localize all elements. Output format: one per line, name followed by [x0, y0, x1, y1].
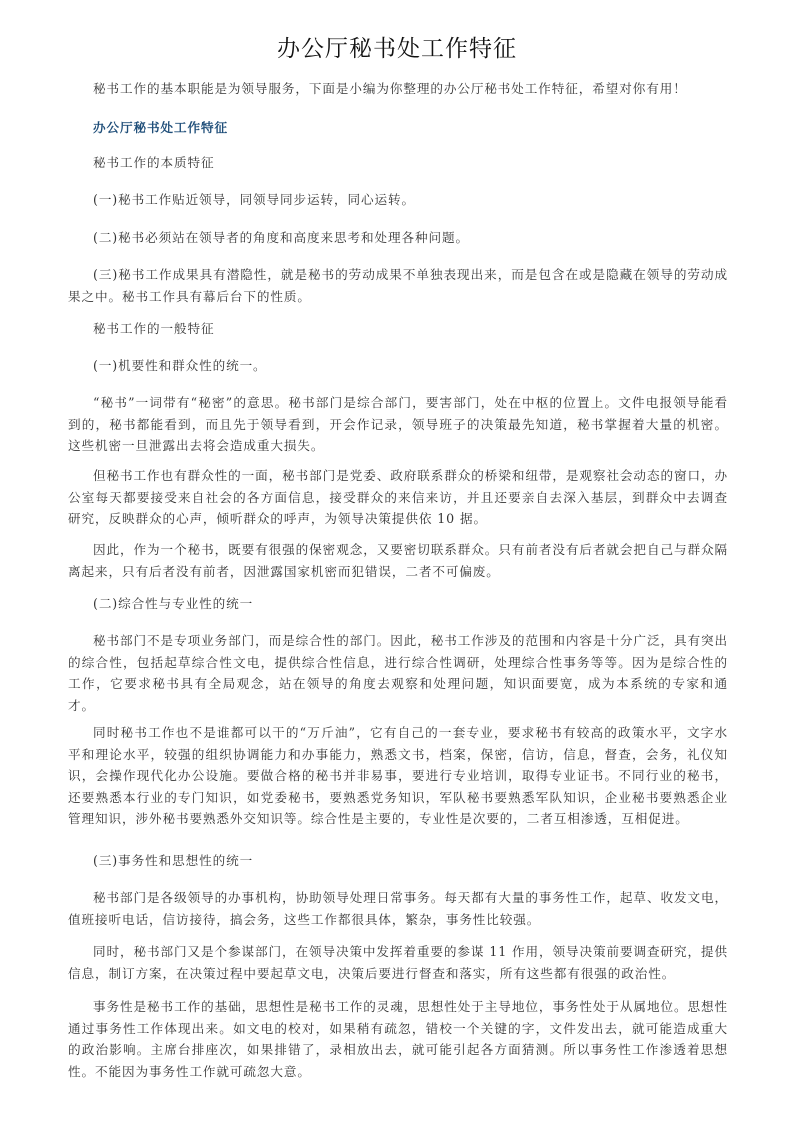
paragraph: “秘书”一词带有“秘密”的意思。秘书部门是综合部门，要害部门，处在中枢的位置上。… — [68, 392, 728, 457]
paragraph: (三)秘书工作成果具有潜隐性，就是秘书的劳动成果不单独表现出来，而是包含在或是隐… — [68, 264, 728, 307]
paragraph: (二)综合性与专业性的统一 — [68, 593, 728, 615]
paragraph: 因此，作为一个秘书，既要有很强的保密观念，又要密切联系群众。只有前者没有后者就会… — [68, 539, 728, 582]
paragraph: 事务性是秘书工作的基础，思想性是秘书工作的灵魂，思想性处于主导地位，事务性处于从… — [68, 996, 728, 1082]
heading-general-features: 秘书工作的一般特征 — [68, 318, 728, 340]
section-subtitle: 办公厅秘书处工作特征 — [68, 117, 728, 139]
paragraph: 同时秘书工作也不是谁都可以干的“万斤油”，它有自己的一套专业，要求秘书有较高的政… — [68, 722, 728, 830]
paragraph: (一)秘书工作贴近领导，同领导同步运转，同心运转。 — [68, 189, 728, 211]
paragraph: 同时，秘书部门又是个参谋部门，在领导决策中发挥着重要的参谋 11 作用，领导决策… — [68, 941, 728, 984]
paragraph: (三)事务性和思想性的统一 — [68, 850, 728, 872]
paragraph: 但秘书工作也有群众性的一面，秘书部门是党委、政府联系群众的桥梁和纽带，是观察社会… — [68, 465, 728, 530]
paragraph: 秘书部门不是专项业务部门，而是综合性的部门。因此，秘书工作涉及的范围和内容是十分… — [68, 630, 728, 716]
page-title: 办公厅秘书处工作特征 — [0, 30, 794, 63]
paragraph: (一)机要性和群众性的统一。 — [68, 355, 728, 377]
document-page: 办公厅秘书处工作特征 秘书工作的基本职能是为领导服务，下面是小编为你整理的办公厅… — [0, 0, 794, 1123]
paragraph: 秘书部门是各级领导的办事机构，协助领导处理日常事务。每天都有大量的事务性工作，起… — [68, 887, 728, 930]
paragraph: (二)秘书必须站在领导者的角度和高度来思考和处理各种问题。 — [68, 227, 728, 249]
heading-essential-features: 秘书工作的本质特征 — [68, 152, 728, 174]
intro-paragraph: 秘书工作的基本职能是为领导服务，下面是小编为你整理的办公厅秘书处工作特征，希望对… — [68, 78, 728, 100]
